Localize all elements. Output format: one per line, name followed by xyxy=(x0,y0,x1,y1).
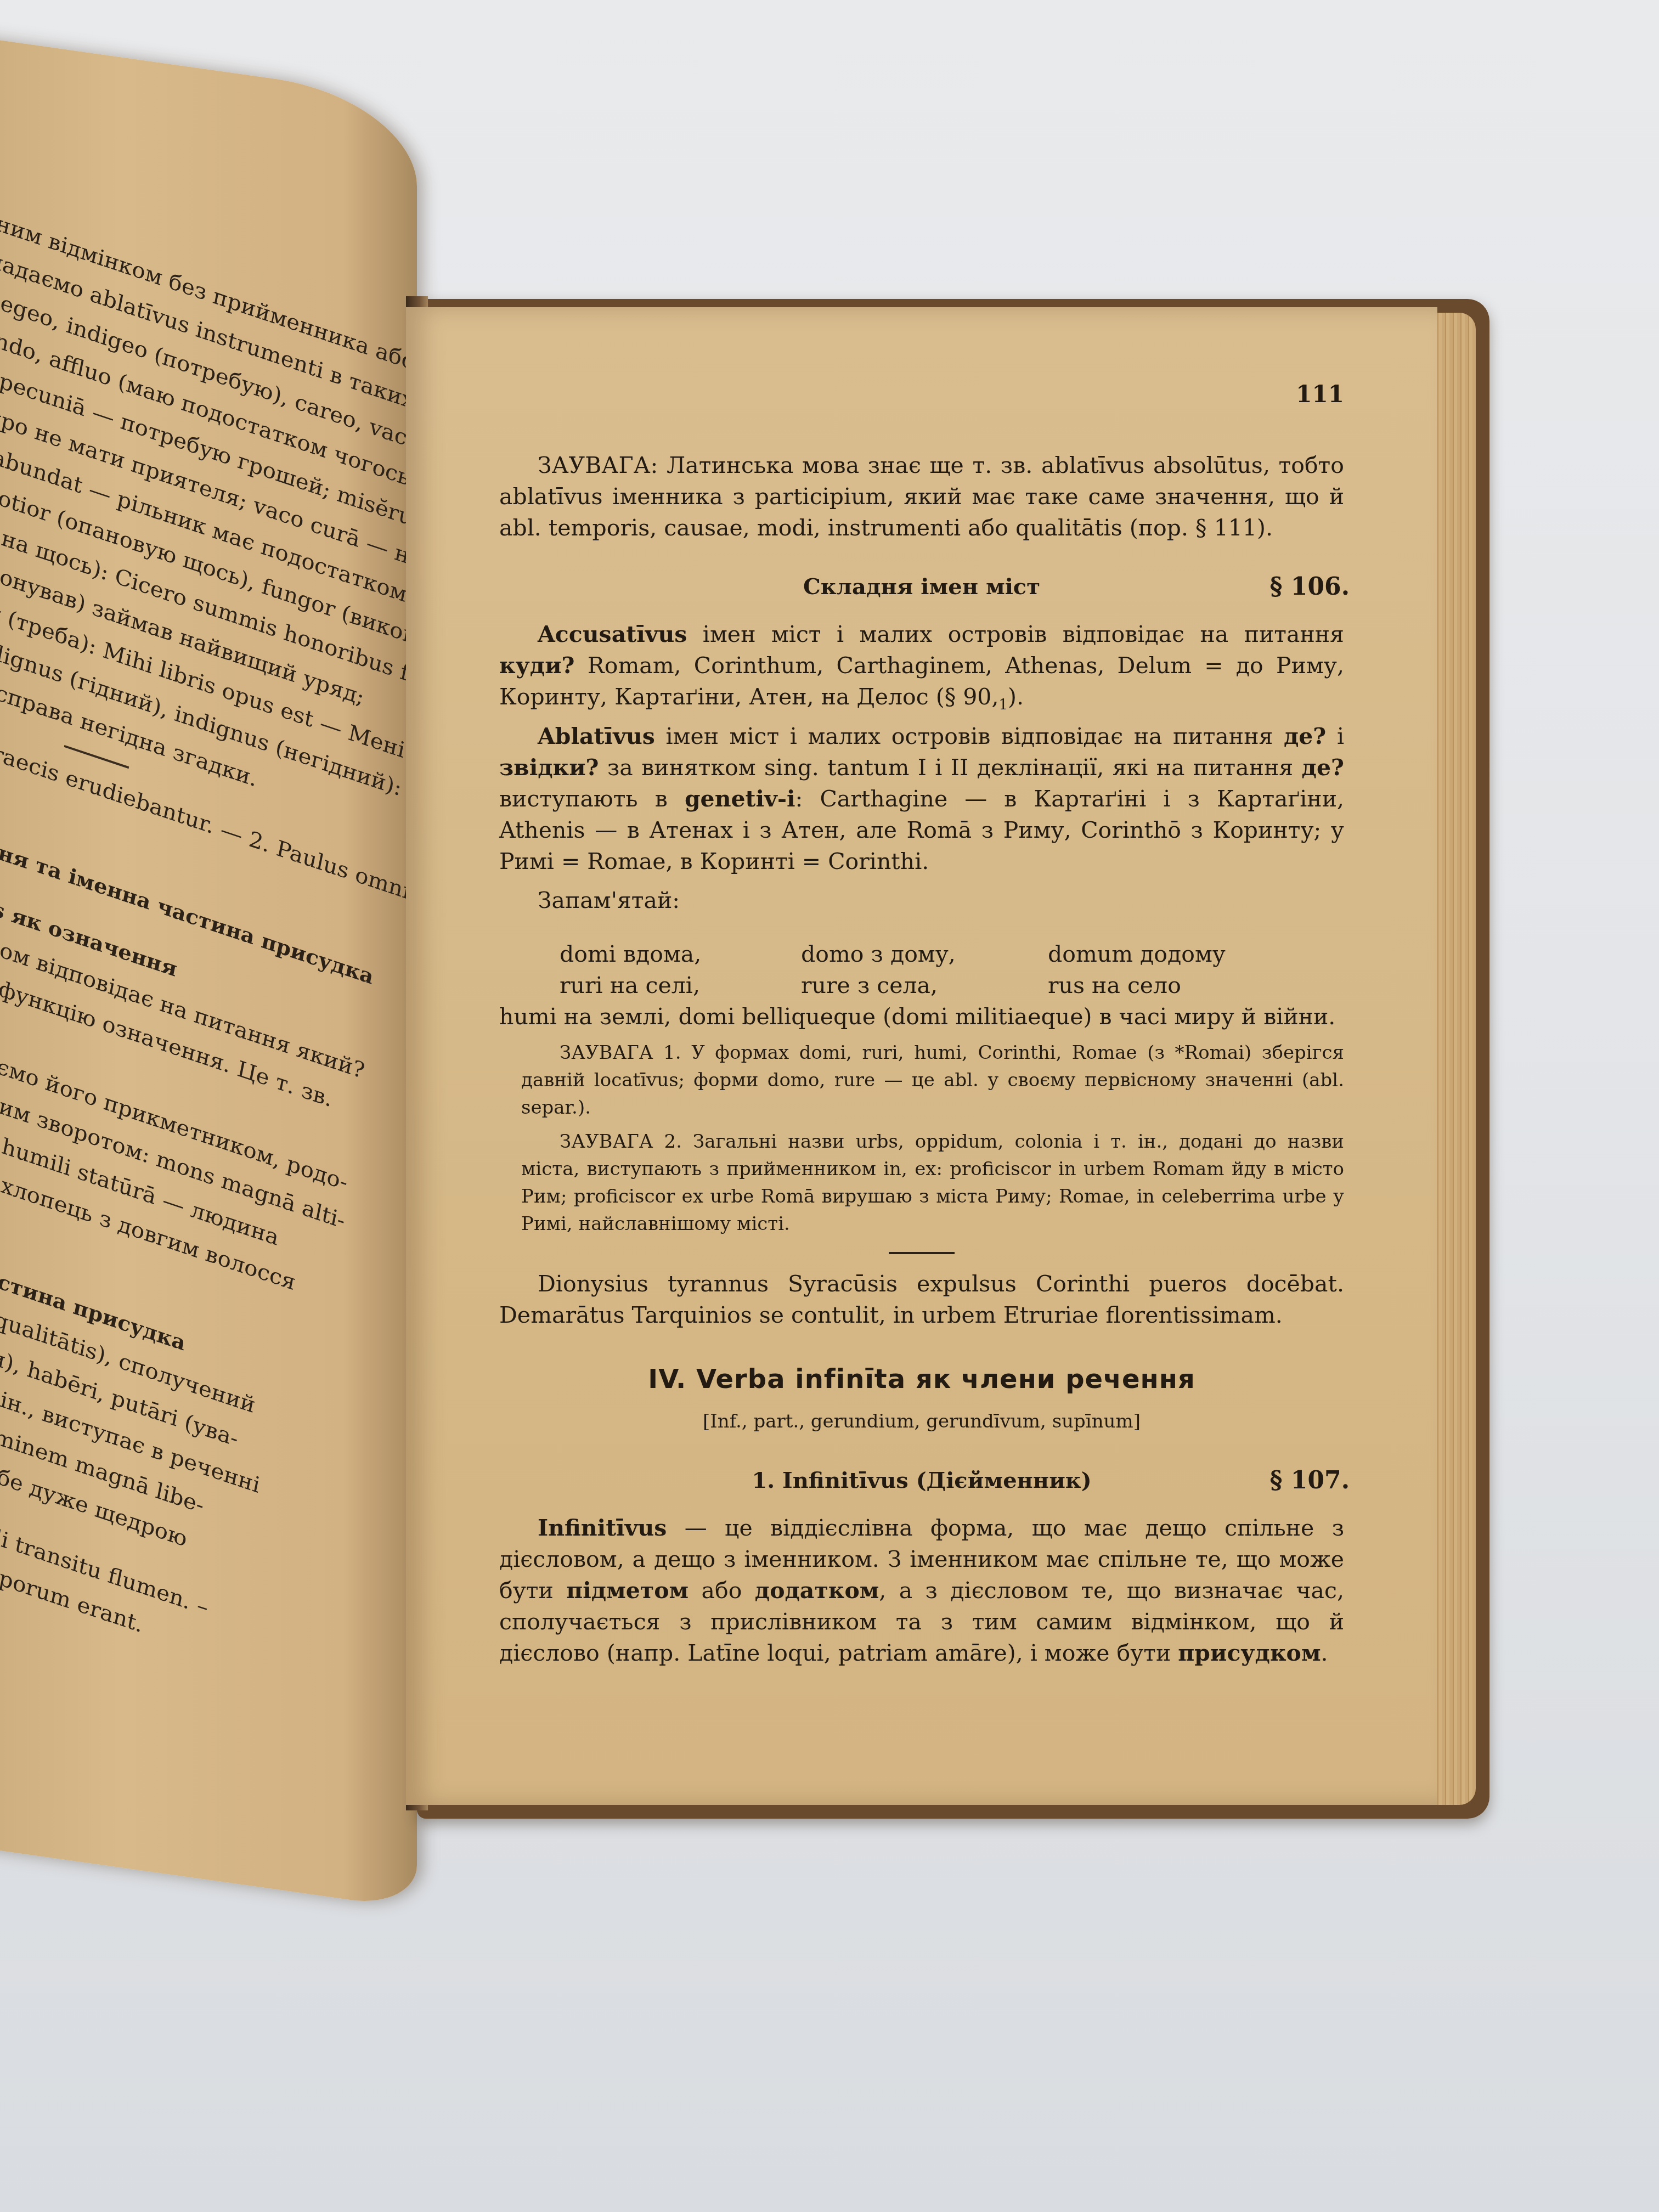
section-number: § 107. xyxy=(1270,1465,1350,1496)
text: або xyxy=(689,1577,755,1604)
term: Ablatīvus xyxy=(538,723,655,749)
ablativus-paragraph: Ablatīvus імен міст і малих островів від… xyxy=(499,721,1344,877)
section-title: 1. Infinitīvus (Дієйменник) xyxy=(752,1468,1091,1493)
subscript: 1 xyxy=(999,697,1008,713)
text: ). xyxy=(1008,684,1024,710)
remember-item: rure з села, xyxy=(801,970,1048,1001)
note-2: ЗАУВАГА 2. Загальні назви urbs, oppidum,… xyxy=(499,1128,1344,1238)
right-page-content: 111 ЗАУВАГА: Латинська мова знає ще т. з… xyxy=(499,379,1344,1669)
remember-list: domi вдома, domo з дому, domum додому ru… xyxy=(560,939,1344,1001)
section-title: Складня імен міст xyxy=(803,574,1040,600)
chapter-subtitle: [Inf., part., gerundium, gerundīvum, sup… xyxy=(499,1406,1344,1437)
remember-item: domum додому xyxy=(1048,939,1289,970)
remember-tail: humi на землі, domi belliqueque (domi mi… xyxy=(499,1001,1344,1032)
remember-item: domo з дому, xyxy=(801,939,1048,970)
note-paragraph: ЗАУВАГА: Латинська мова знає ще т. зв. a… xyxy=(499,450,1344,544)
page-number: 111 xyxy=(1296,379,1344,410)
text: за винятком sing. tantum I і II деклінац… xyxy=(599,754,1302,781)
chapter-title: IV. Verba infinīta як члени речення xyxy=(499,1364,1344,1395)
term: Infinitīvus xyxy=(538,1515,667,1541)
section-107-heading: 1. Infinitīvus (Дієйменник) § 107. xyxy=(499,1465,1344,1496)
text: . xyxy=(1321,1640,1328,1666)
question: куди? xyxy=(499,652,575,679)
term: присудком xyxy=(1178,1640,1321,1666)
term: genetiv-i xyxy=(685,786,795,812)
left-page-text: ним відмінком без прийменника або з прий… xyxy=(0,205,409,1647)
remember-label: Запам'ятай: xyxy=(499,885,1344,916)
exercise-paragraph: Dionysius tyrannus Syracūsis expulsus Co… xyxy=(499,1268,1344,1331)
remember-item: domi вдома, xyxy=(560,939,801,970)
text: Romam, Corinthum, Carthaginem, Athenas, … xyxy=(499,652,1344,710)
left-page: ним відмінком без прийменника або з прий… xyxy=(0,30,417,1909)
question: де? xyxy=(1302,754,1344,781)
term: Accusatīvus xyxy=(538,621,687,647)
accusativus-paragraph: Accusatīvus імен міст і малих островів в… xyxy=(499,619,1344,721)
right-page: 111 ЗАУВАГА: Латинська мова знає ще т. з… xyxy=(406,307,1437,1805)
term: підметом xyxy=(566,1577,689,1604)
infinitivus-paragraph: Infinitīvus — це віддієслівна форма, що … xyxy=(499,1513,1344,1669)
section-106-heading: Складня імен міст § 106. xyxy=(499,571,1344,602)
text: і xyxy=(1326,723,1344,749)
text: імен міст і малих островів відповідає на… xyxy=(655,723,1284,749)
term: додатком xyxy=(755,1577,879,1604)
remember-item: ruri на селі, xyxy=(560,970,801,1001)
question: де? xyxy=(1284,723,1326,749)
text: імен міст і малих островів відповідає на… xyxy=(687,621,1344,647)
note-label: ЗАУВАГА: xyxy=(538,452,658,478)
question: звідки? xyxy=(499,754,599,781)
divider xyxy=(889,1252,955,1254)
text: виступають в xyxy=(499,786,685,812)
note-1: ЗАУВАГА 1. У формах domi, ruri, humi, Co… xyxy=(499,1039,1344,1121)
remember-item: rus на село xyxy=(1048,970,1289,1001)
section-number: § 106. xyxy=(1270,571,1350,602)
